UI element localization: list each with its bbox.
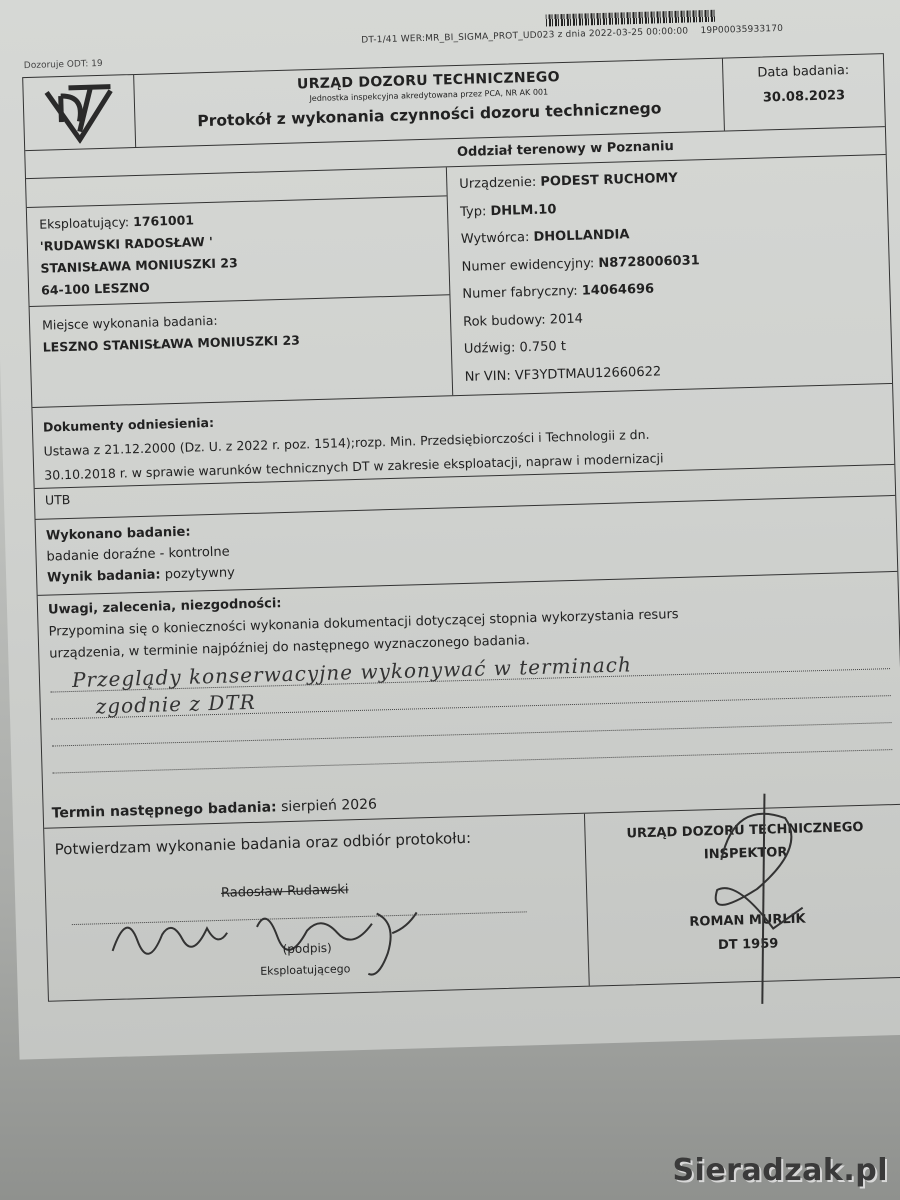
signature-role: Eksploatującego xyxy=(260,962,350,978)
inspector-name: ROMAN MURLIK xyxy=(588,909,900,933)
form-code-line: DT-1/41 WER:MR_BI_SIGMA_PROT_UD023 z dni… xyxy=(361,24,783,46)
signature-line xyxy=(72,911,527,925)
info-section: Eksploatujący: 1761001 'RUDAWSKI RADOSŁA… xyxy=(26,155,892,408)
inspector-title: INSPEKTOR xyxy=(586,842,900,866)
operator-block: Eksploatujący: 1761001 'RUDAWSKI RADOSŁA… xyxy=(27,196,450,307)
operator-column: Eksploatujący: 1761001 'RUDAWSKI RADOSŁA… xyxy=(26,167,453,407)
operator-id: 1761001 xyxy=(133,212,194,229)
next-exam-value: sierpień 2026 xyxy=(281,797,377,816)
dozoruje-label: Dozoruje ODT: 19 xyxy=(24,59,103,71)
barcode xyxy=(546,10,716,27)
watermark: Sieradzak.pl xyxy=(672,1153,888,1188)
remarks-section: Uwagi, zalecenia, niezgodności: Przypomi… xyxy=(38,572,900,784)
protocol-sheet: DT-1/41 WER:MR_BI_SIGMA_PROT_UD023 z dni… xyxy=(0,0,900,1060)
exam-result-label: Wynik badania: xyxy=(47,567,161,585)
exam-date-label: Data badania: xyxy=(723,62,883,81)
operator-name-struck: Radosław Rudawski xyxy=(221,882,349,901)
operator-label: Eksploatujący: xyxy=(39,214,129,232)
signature-section: Potwierdzam wykonanie badania oraz odbió… xyxy=(44,805,900,1001)
exam-result-value: pozytywny xyxy=(165,565,235,582)
udt-logo-icon xyxy=(38,80,120,144)
inspector-org: URZĄD DOZORU TECHNICZNEGO xyxy=(585,819,900,843)
handwritten-note-2: zgodnie z DTR xyxy=(95,691,256,717)
operator-signature-block: Potwierdzam wykonanie badania oraz odbió… xyxy=(44,814,590,1001)
exam-date-block: Data badania: 30.08.2023 xyxy=(723,54,885,130)
inspector-block: URZĄD DOZORU TECHNICZNEGO INSPEKTOR ROMA… xyxy=(585,805,900,986)
protocol-form: URZĄD DOZORU TECHNICZNEGO Jednostka insp… xyxy=(22,53,900,1002)
form-code: DT-1/41 WER:MR_BI_SIGMA_PROT_UD023 z dni… xyxy=(361,27,688,46)
exam-place-block: Miejsce wykonania badania: LESZNO STANIS… xyxy=(30,295,452,397)
exam-date-value: 30.08.2023 xyxy=(724,87,884,106)
device-column: Urządzenie: PODEST RUCHOMY Typ: DHLM.10 … xyxy=(447,155,892,395)
udt-logo xyxy=(23,75,136,150)
next-exam-label: Termin następnego badania: xyxy=(52,799,277,821)
signature-caption: (podpis) xyxy=(282,941,332,956)
barcode-number: 19P00035933170 xyxy=(700,24,783,36)
inspector-id: DT 1959 xyxy=(589,933,900,957)
